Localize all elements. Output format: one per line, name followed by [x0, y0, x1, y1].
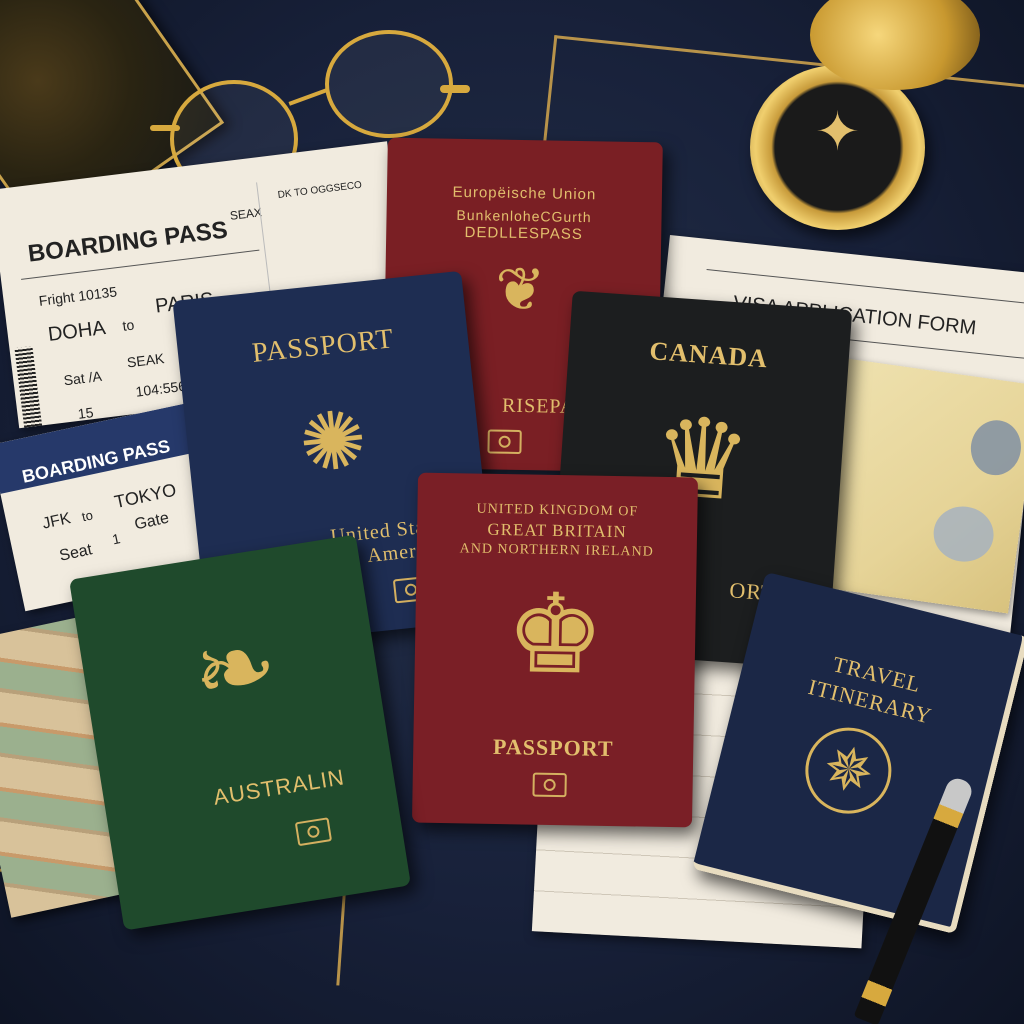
royal-coat-of-arms-icon: ♚ — [489, 569, 621, 699]
gate-label: Gate — [133, 510, 171, 535]
compass-rose-icon: ✵ — [796, 718, 900, 822]
origin-city: DOHA — [47, 317, 107, 347]
biometric-chip-icon — [487, 429, 521, 454]
destination-city: TOKYO — [113, 480, 179, 514]
seat-label: Seat — [58, 541, 94, 565]
connector-text: to — [80, 507, 94, 524]
boarding-pass-corner-label: SEAX — [229, 205, 262, 223]
row-value: 15 — [77, 404, 94, 422]
seat-value: SEAK — [126, 350, 165, 370]
passport-eu-line-1: Europëische Union — [387, 183, 662, 205]
eagle-emblem-icon: ❦ — [485, 254, 556, 325]
passport-uk[interactable]: UNITED KINGDOM OF GREAT BRITAIN AND NORT… — [412, 473, 698, 828]
biometric-chip-icon — [532, 773, 566, 798]
origin-city: JFK — [41, 510, 73, 534]
seat-label: Sat /A — [63, 368, 103, 389]
passport-eu-line-3: DEDLLESPASS — [386, 223, 661, 245]
connector-text: to — [122, 316, 136, 333]
biometric-chip-icon — [295, 817, 332, 846]
passport-australia-country: AUSTRALIN — [163, 757, 394, 819]
compass-needle-icon: ✦ — [810, 105, 865, 160]
seat-value: 1 — [111, 530, 122, 547]
stamp-icon — [930, 503, 997, 566]
passport-canada-title: CANADA — [568, 331, 849, 380]
stub-header: DK TO OGGSECO — [277, 180, 362, 201]
boarding-pass-title: BOARDING PASS — [26, 216, 229, 268]
passport-uk-bottom: PASSPORT — [413, 733, 693, 764]
eagle-emblem-icon: ✺ — [283, 391, 382, 493]
passport-usa-title: PASSPORT — [177, 316, 469, 378]
passport-uk-line-3: AND NORTHERN IRELAND — [417, 541, 697, 562]
barcode — [14, 346, 42, 428]
code-value: 104:556 — [135, 378, 187, 400]
passport-australia[interactable]: ❧ AUSTRALIN — [69, 535, 411, 931]
coat-of-arms-icon: ❧ — [157, 600, 314, 737]
passport-uk-line-2: GREAT BRITAIN — [417, 519, 697, 544]
flight-label: Fright 10135 — [38, 283, 118, 308]
stamp-icon — [967, 417, 1024, 478]
